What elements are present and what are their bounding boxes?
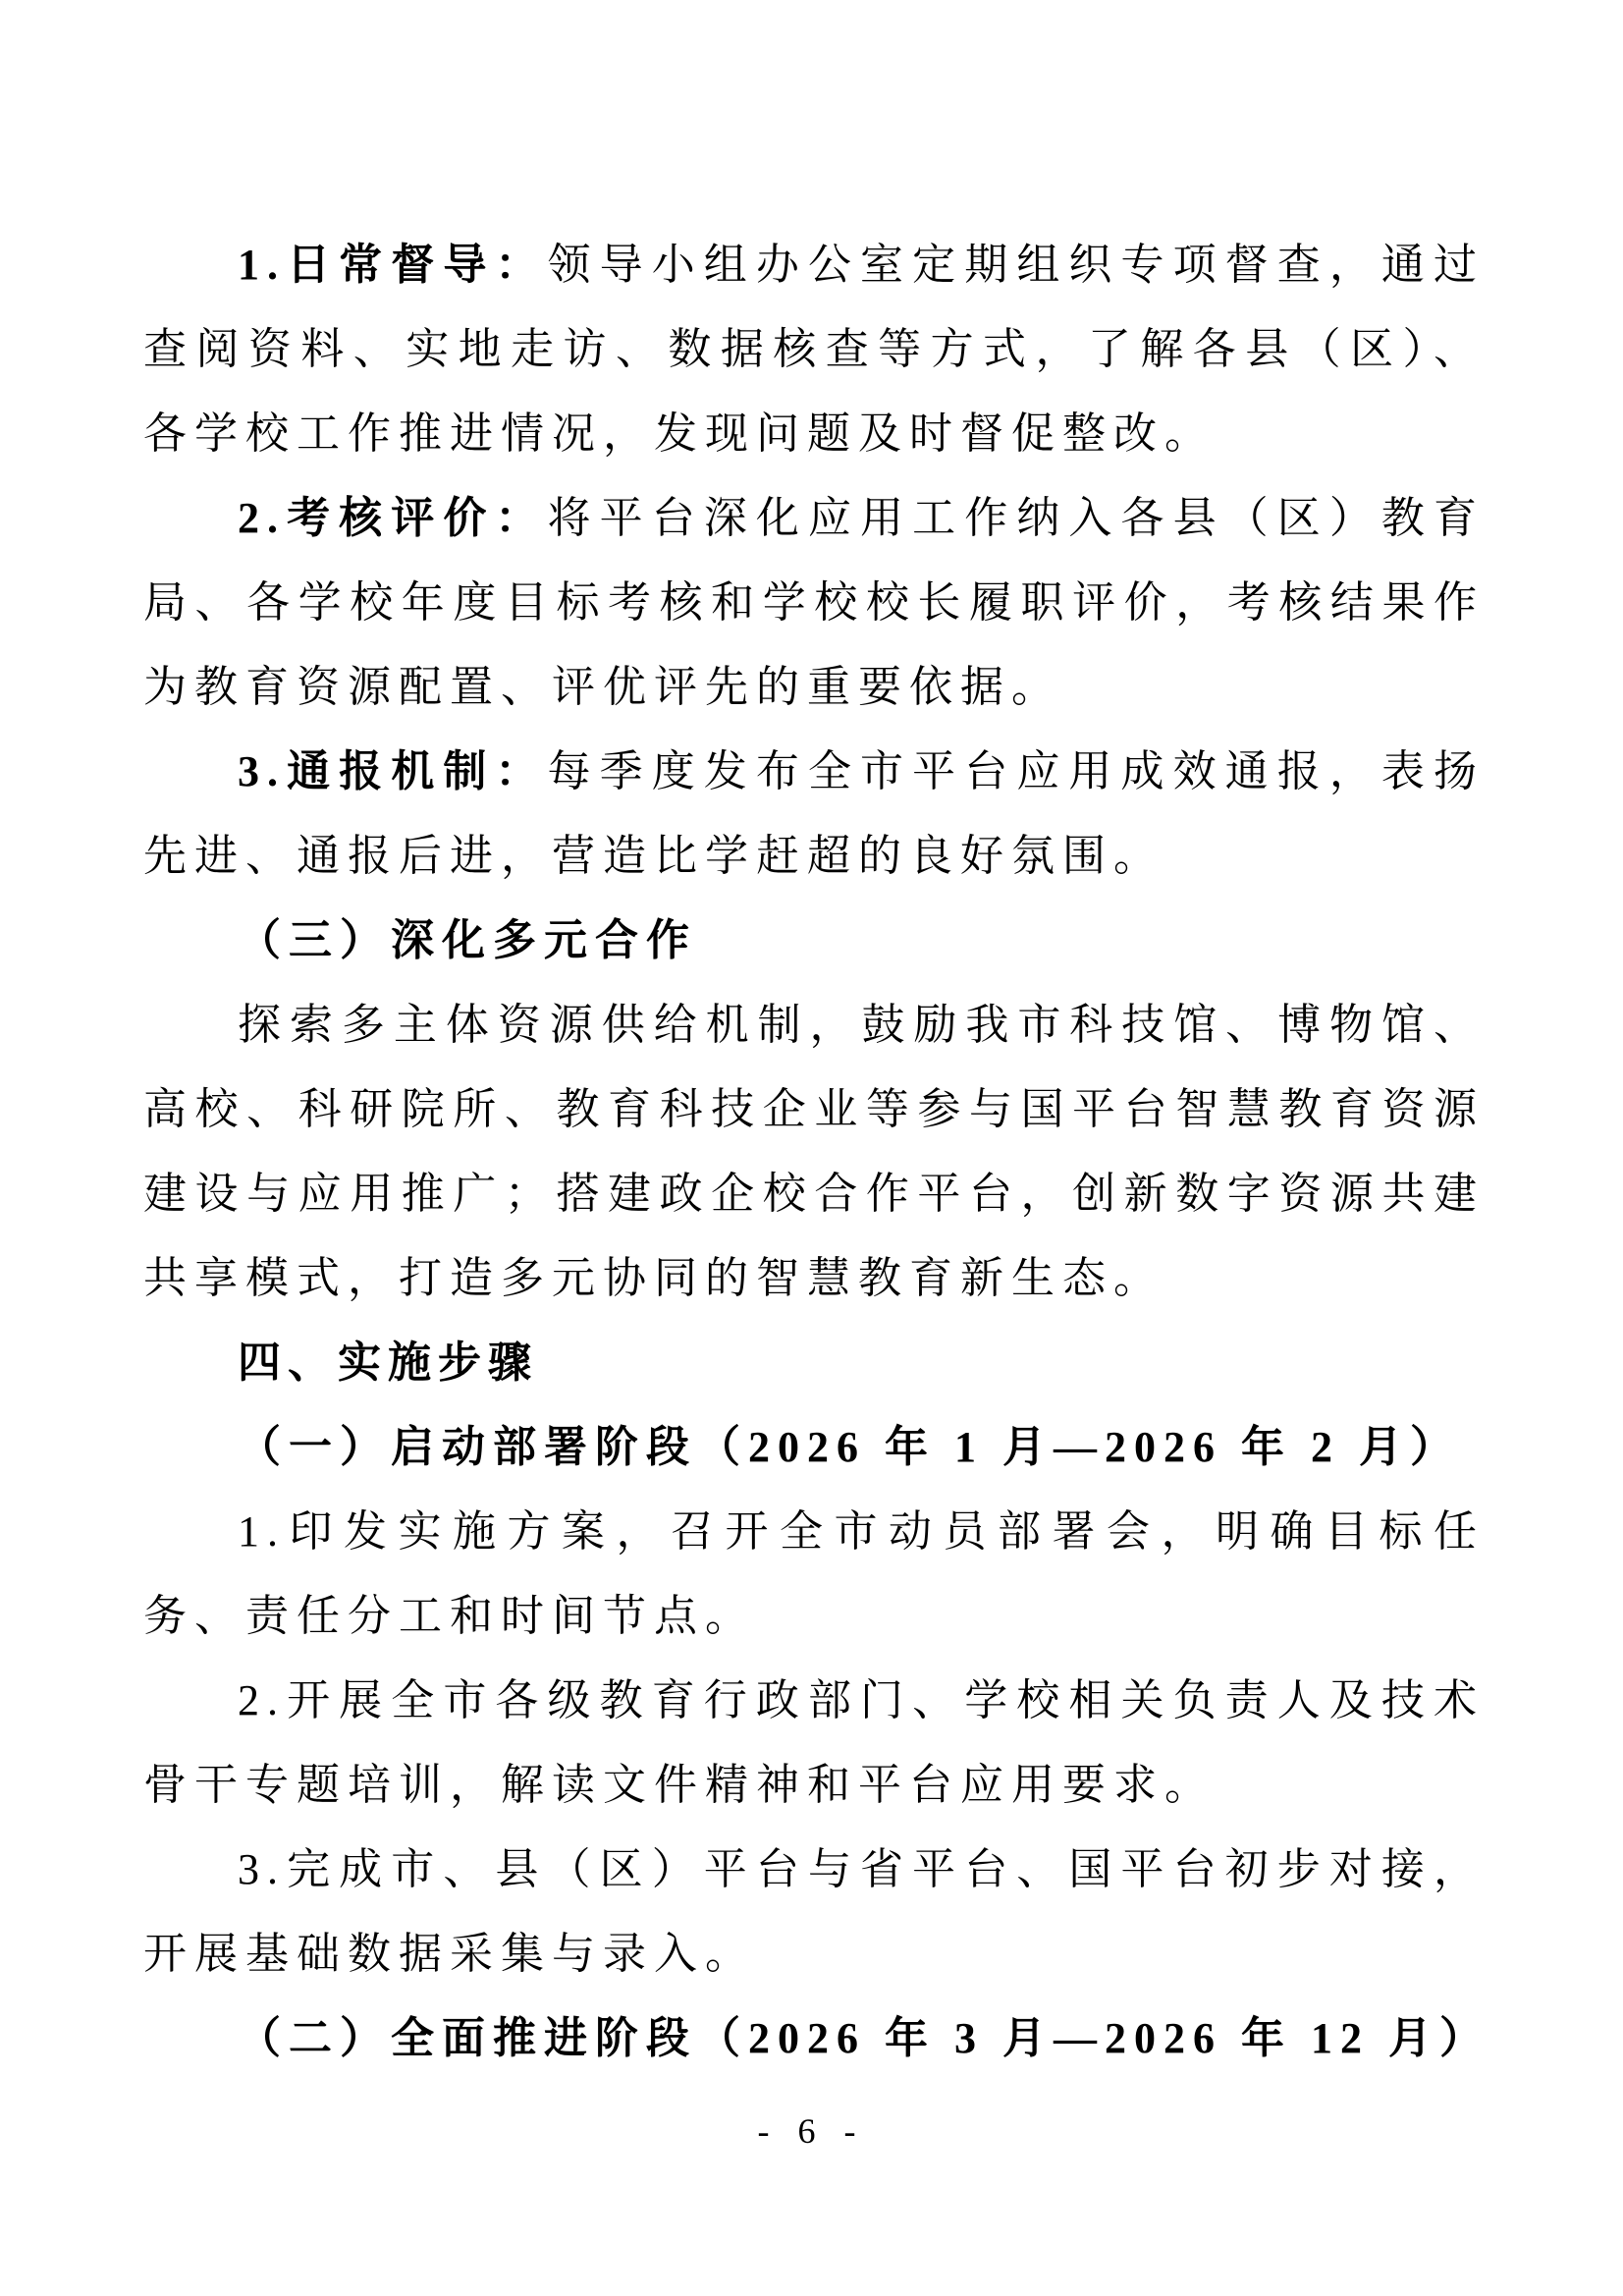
body-paragraph: 1.日常督导：领导小组办公室定期组织专项督查，通过查阅资料、实地走访、数据核查等… [143,223,1485,476]
subsection-heading: （二）全面推进阶段（2026 年 3 月—2026 年 12 月） [143,1996,1485,2081]
paragraph-lead: 3.通报机制： [238,747,548,795]
document-page: { "colors": { "text": "#000000", "backgr… [0,0,1623,2296]
section-heading: 四、实施步骤 [143,1321,1485,1405]
body-paragraph: 3.完成市、县（区）平台与省平台、国平台初步对接，开展基础数据采集与录入。 [143,1828,1485,1996]
subsection-heading: （三）深化多元合作 [143,899,1485,983]
subsection-heading: （一）启动部署阶段（2026 年 1 月—2026 年 2 月） [143,1405,1485,1490]
body-paragraph: 3.通报机制：每季度发布全市平台应用成效通报，表扬先进、通报后进，营造比学赶超的… [143,730,1485,899]
body-paragraph: 1.印发实施方案，召开全市动员部署会，明确目标任务、责任分工和时间节点。 [143,1490,1485,1659]
body-paragraph: 2.考核评价：将平台深化应用工作纳入各县（区）教育局、各学校年度目标考核和学校校… [143,476,1485,730]
paragraph-lead: 1.日常督导： [238,241,548,289]
paragraph-lead: 2.考核评价： [238,494,548,542]
page-number: - 6 - [0,2109,1623,2153]
page-body: 1.日常督导：领导小组办公室定期组织专项督查，通过查阅资料、实地走访、数据核查等… [143,223,1485,2081]
body-paragraph: 2.开展全市各级教育行政部门、学校相关负责人及技术骨干专题培训，解读文件精神和平… [143,1659,1485,1828]
body-paragraph: 探索多主体资源供给机制，鼓励我市科技馆、博物馆、高校、科研院所、教育科技企业等参… [143,983,1485,1321]
